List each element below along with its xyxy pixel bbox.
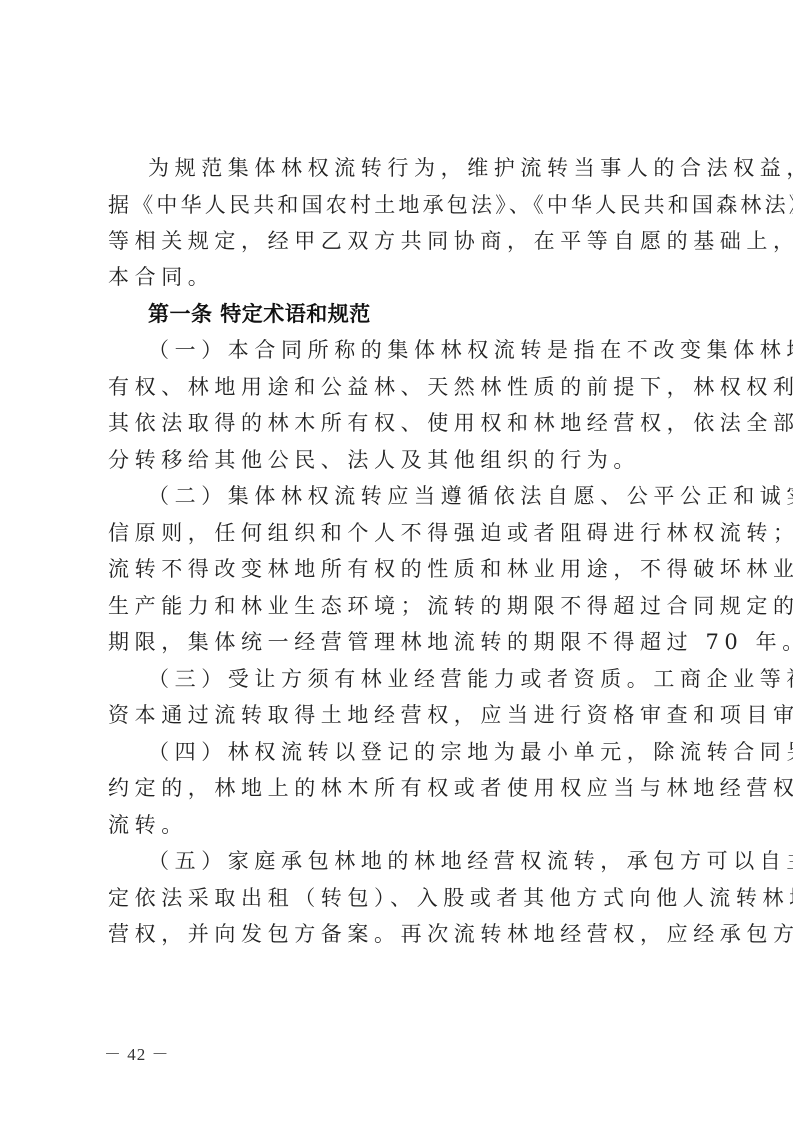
clause-1-line-3: 其依法取得的林木所有权、使用权和林地经营权，依法全部或部 [108, 405, 698, 441]
page-number: － 42 － [104, 1040, 170, 1065]
clause-3-line-2: 资本通过流转取得土地经营权，应当进行资格审查和项目审核。 [108, 697, 698, 733]
clause-2-line-2: 信原则，任何组织和个人不得强迫或者阻碍进行林权流转；林权 [108, 515, 698, 551]
clause-5-line-1: （五）家庭承包林地的林地经营权流转，承包方可以自主决 [148, 843, 698, 879]
intro-line-2: 据《中华人民共和国农村土地承包法》、《中华人民共和国森林法》 [108, 187, 698, 223]
clause-5-line-2: 定依法采取出租（转包）、入股或者其他方式向他人流转林地经 [108, 880, 698, 916]
clause-2-line-4: 生产能力和林业生态环境；流转的期限不得超过合同规定的剩余 [108, 588, 698, 624]
clause-4-line-1: （四）林权流转以登记的宗地为最小单元，除流转合同另有 [148, 734, 698, 770]
intro-line-4: 本合同。 [108, 259, 698, 295]
clause-4-line-3: 流转。 [108, 807, 698, 843]
clause-2-line-3: 流转不得改变林地所有权的性质和林业用途，不得破坏林业综合 [108, 551, 698, 587]
clause-5-line-3: 营权，并向发包方备案。再次流转林地经营权，应经承包方书面 [108, 916, 698, 952]
article-title: 第一条 特定术语和规范 [148, 296, 738, 332]
clause-2-line-1: （二）集体林权流转应当遵循依法自愿、公平公正和诚实守 [148, 478, 698, 514]
intro-line-3: 等相关规定，经甲乙双方共同协商，在平等自愿的基础上，订立 [108, 223, 698, 259]
clause-1-line-1: （一）本合同所称的集体林权流转是指在不改变集体林地所 [148, 332, 698, 368]
intro-line-1: 为规范集体林权流转行为，维护流转当事人的合法权益，根 [148, 150, 698, 186]
clause-1-line-2: 有权、林地用途和公益林、天然林性质的前提下，林权权利人将 [108, 369, 698, 405]
document-page: 为规范集体林权流转行为，维护流转当事人的合法权益，根 据《中华人民共和国农村土地… [0, 0, 793, 1122]
clause-1-line-4: 分转移给其他公民、法人及其他组织的行为。 [108, 442, 698, 478]
clause-4-line-2: 约定的，林地上的林木所有权或者使用权应当与林地经营权一并 [108, 770, 698, 806]
clause-2-line-5: 期限，集体统一经营管理林地流转的期限不得超过 70 年。 [108, 624, 698, 660]
clause-3-line-1: （三）受让方须有林业经营能力或者资质。工商企业等社会 [148, 661, 698, 697]
